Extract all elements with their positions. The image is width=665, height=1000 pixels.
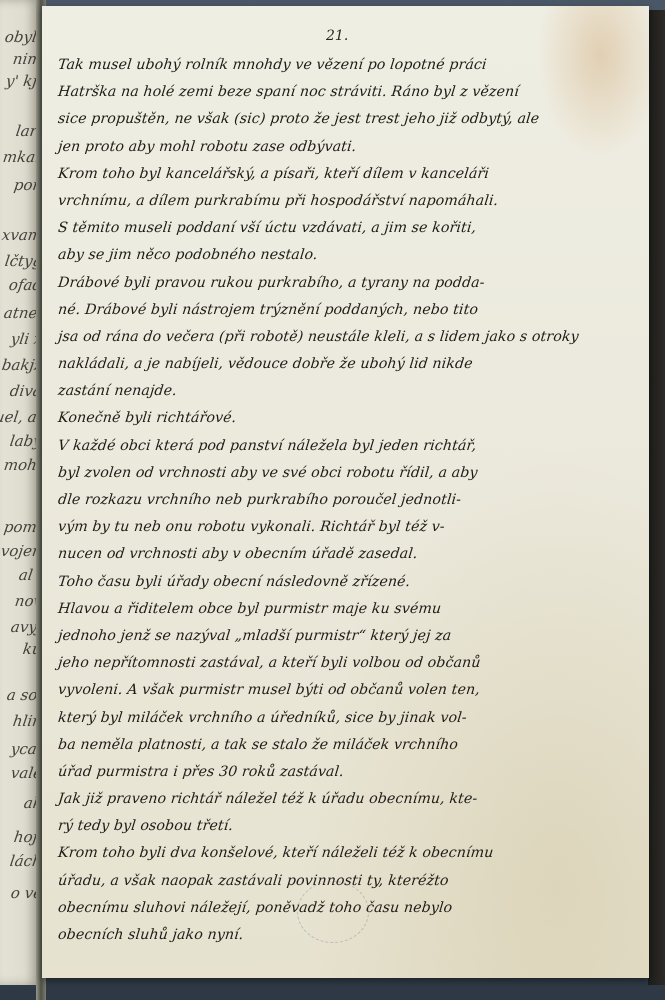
text-line: zastání nenajde. xyxy=(57,378,640,405)
scanned-book-spread: obyl, nim y' kj; lari mkař pon xvam lčty… xyxy=(0,0,665,1000)
library-stamp xyxy=(297,881,369,943)
text-line: Tak musel ubohý rolník mnohdy ve vězení … xyxy=(57,52,640,79)
text-line: byl zvolen od vrchnosti aby ve své obci … xyxy=(57,460,640,487)
text-line: rý tedy byl osobou třetí. xyxy=(57,813,640,840)
left-fragment: atne, xyxy=(2,304,40,322)
text-line: ba neměla platnosti, a tak se stalo že m… xyxy=(57,732,640,759)
manuscript-page: 21. Tak musel ubohý rolník mnohdy ve věz… xyxy=(42,6,649,978)
text-line: sice propuštěn, ne však (sic) proto že j… xyxy=(57,106,640,133)
text-line: úřad purmistra i přes 30 roků zastával. xyxy=(57,759,640,786)
left-fragment: pom, xyxy=(3,518,40,536)
text-line: V každé obci která pod panství náležela … xyxy=(57,433,640,460)
left-fragment: uel, al xyxy=(0,408,40,426)
text-line: dle rozkazu vrchního neb purkrabího poro… xyxy=(57,487,640,514)
handwritten-text: Tak musel ubohý rolník mnohdy ve vězení … xyxy=(58,52,638,949)
text-line: Hatrška na holé zemi beze spaní noc strá… xyxy=(57,79,640,106)
page-number: 21. xyxy=(326,28,348,44)
text-line: Krom toho byli dva konšelové, kteří nále… xyxy=(57,840,640,867)
text-line: Konečně byli richtářové. xyxy=(57,405,640,432)
text-line: jednoho jenž se nazýval „mladší purmistr… xyxy=(57,623,640,650)
text-line: který byl miláček vrchního a úředníků, s… xyxy=(57,705,640,732)
left-fragment: vojen xyxy=(0,542,40,560)
text-line: Hlavou a řiditelem obce byl purmistr maj… xyxy=(57,596,640,623)
text-line: Krom toho byl kancelářský, a písaři, kte… xyxy=(57,161,640,188)
text-line: Toho času byli úřady obecní následovně z… xyxy=(57,569,640,596)
left-fragment: lčtyg xyxy=(3,252,40,270)
text-line: S těmito museli poddaní vší úctu vzdávat… xyxy=(57,215,640,242)
text-line: vým by tu neb onu robotu vykonali. Richt… xyxy=(57,514,640,541)
text-line: jsa od rána do večera (při robotě) neust… xyxy=(57,324,640,351)
text-line: aby se jim něco podobného nestalo. xyxy=(57,242,640,269)
text-line: vrchnímu, a dílem purkrabímu při hospodá… xyxy=(57,188,640,215)
left-fragment: mkař xyxy=(1,148,40,166)
book-cover-edge xyxy=(648,10,665,985)
left-page-edge: obyl, nim y' kj; lari mkař pon xvam lčty… xyxy=(0,0,40,985)
text-line: né. Drábové byli nástrojem trýznění podd… xyxy=(57,297,640,324)
text-line: jeho nepřítomnosti zastával, a kteří byl… xyxy=(57,650,640,677)
left-fragment: y' kj; xyxy=(5,72,40,90)
left-fragment: xvam xyxy=(1,226,40,244)
left-fragment: bakjz xyxy=(1,356,40,374)
left-fragment: mohl xyxy=(3,456,40,474)
text-line: nucen od vrchnosti aby v obecním úřadě z… xyxy=(57,541,640,568)
text-line: Drábové byli pravou rukou purkrabího, a … xyxy=(57,270,640,297)
left-fragment: obyl, xyxy=(4,28,40,46)
text-line: nakládali, a je nabíjeli, vědouce dobře … xyxy=(57,351,640,378)
left-fragment: a so, xyxy=(6,686,40,704)
text-line: jen proto aby mohl robotu zase odbývati. xyxy=(57,134,640,161)
text-line: vyvoleni. A však purmistr musel býti od … xyxy=(57,677,640,704)
text-line: Jak již praveno richtář náležel též k úř… xyxy=(57,786,640,813)
